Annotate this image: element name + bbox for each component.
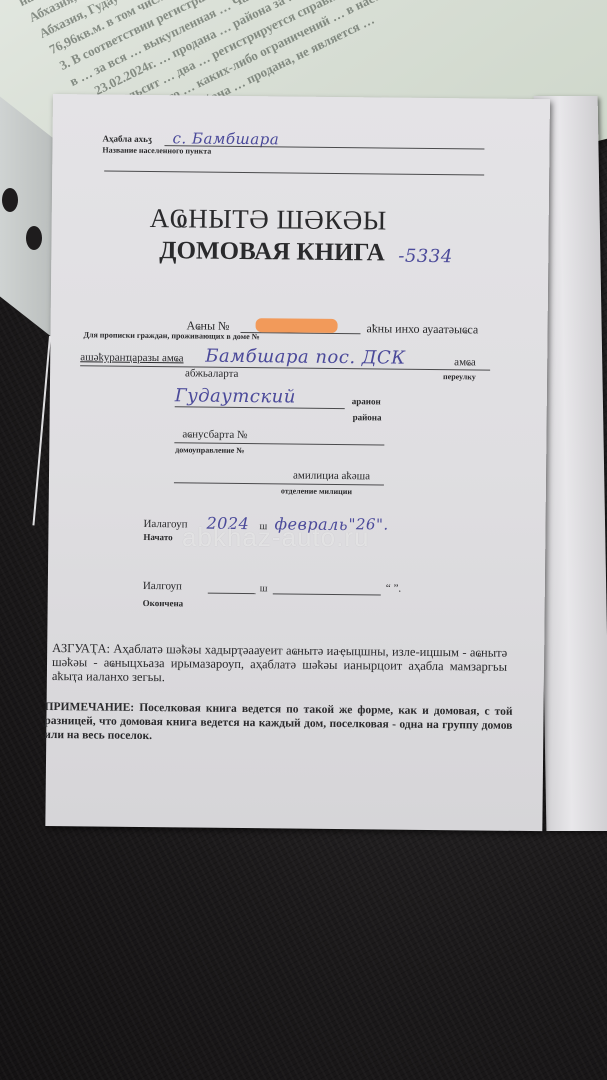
- house-management-ru: домоуправление №: [175, 445, 244, 455]
- title-abkhaz: АҨНЫТӘ ШӘКӘЫ: [150, 203, 387, 236]
- district-ru: района: [353, 412, 382, 422]
- street-handwritten-value: Бамбшара пос. ДСК: [205, 346, 406, 369]
- binder-hole: [26, 226, 42, 250]
- district-abkhaz: араион: [352, 396, 381, 406]
- police-department-ru: отделение милиции: [281, 486, 352, 496]
- lane-ru: переулку: [443, 372, 476, 381]
- police-department-abkhaz: амилициа аҟәша: [293, 470, 370, 483]
- house-book-cover: Аҳабла ахьӡ с. Бамбшара Название населен…: [45, 94, 550, 831]
- house-management-abkhaz: аҩнусбарта №: [182, 428, 247, 441]
- ended-year-suffix: ш: [260, 583, 268, 594]
- started-label-abkhaz: Иалагоуп: [143, 518, 187, 530]
- book-number-handwritten: -5334: [398, 246, 453, 268]
- district-handwritten-value: Гудаутский: [175, 385, 296, 407]
- ended-year-line: [208, 593, 256, 595]
- ended-month-line: [273, 593, 381, 595]
- settlement-label-ru: Название населенного пункта: [102, 146, 211, 156]
- police-department-underline: [174, 482, 384, 485]
- ended-label-ru: Окончена: [143, 598, 184, 608]
- ended-label-abkhaz: Иалгоуп: [143, 580, 182, 592]
- lane-abkhaz: амҩа: [454, 356, 476, 368]
- house-suffix-abkhaz: аҟны инхо ауаатәыҩса: [366, 321, 478, 337]
- note-russian: ПРИМЕЧАНИЕ: Поселковая книга ведется по …: [44, 700, 512, 747]
- started-label-ru: Начато: [143, 532, 172, 542]
- binder-hole: [2, 188, 18, 212]
- settlement-second-line: [104, 171, 484, 176]
- house-label-ru: Для прописки граждан, проживающих в доме…: [83, 330, 259, 341]
- ended-day-quotes: “ ”.: [386, 583, 401, 595]
- title-russian: ДОМОВАЯ КНИГА: [159, 237, 385, 267]
- watermark: abkhaz-auto.ru: [182, 522, 369, 553]
- street-label-abkhaz: ашәҟуранҵаразы амҩа: [80, 351, 183, 364]
- note-abkhaz: АЗГУАҬА: Аҳаблатә шәҟәы хадырҭәаауеит аҩ…: [52, 641, 507, 688]
- redacted-house-number: [256, 318, 338, 333]
- street-sub-abkhaz: абжьаларта: [185, 367, 238, 380]
- note-russian-label: ПРИМЕЧАНИЕ:: [45, 701, 135, 714]
- settlement-label-abkhaz: Аҳабла ахьӡ: [102, 134, 152, 145]
- district-underline: [175, 406, 345, 409]
